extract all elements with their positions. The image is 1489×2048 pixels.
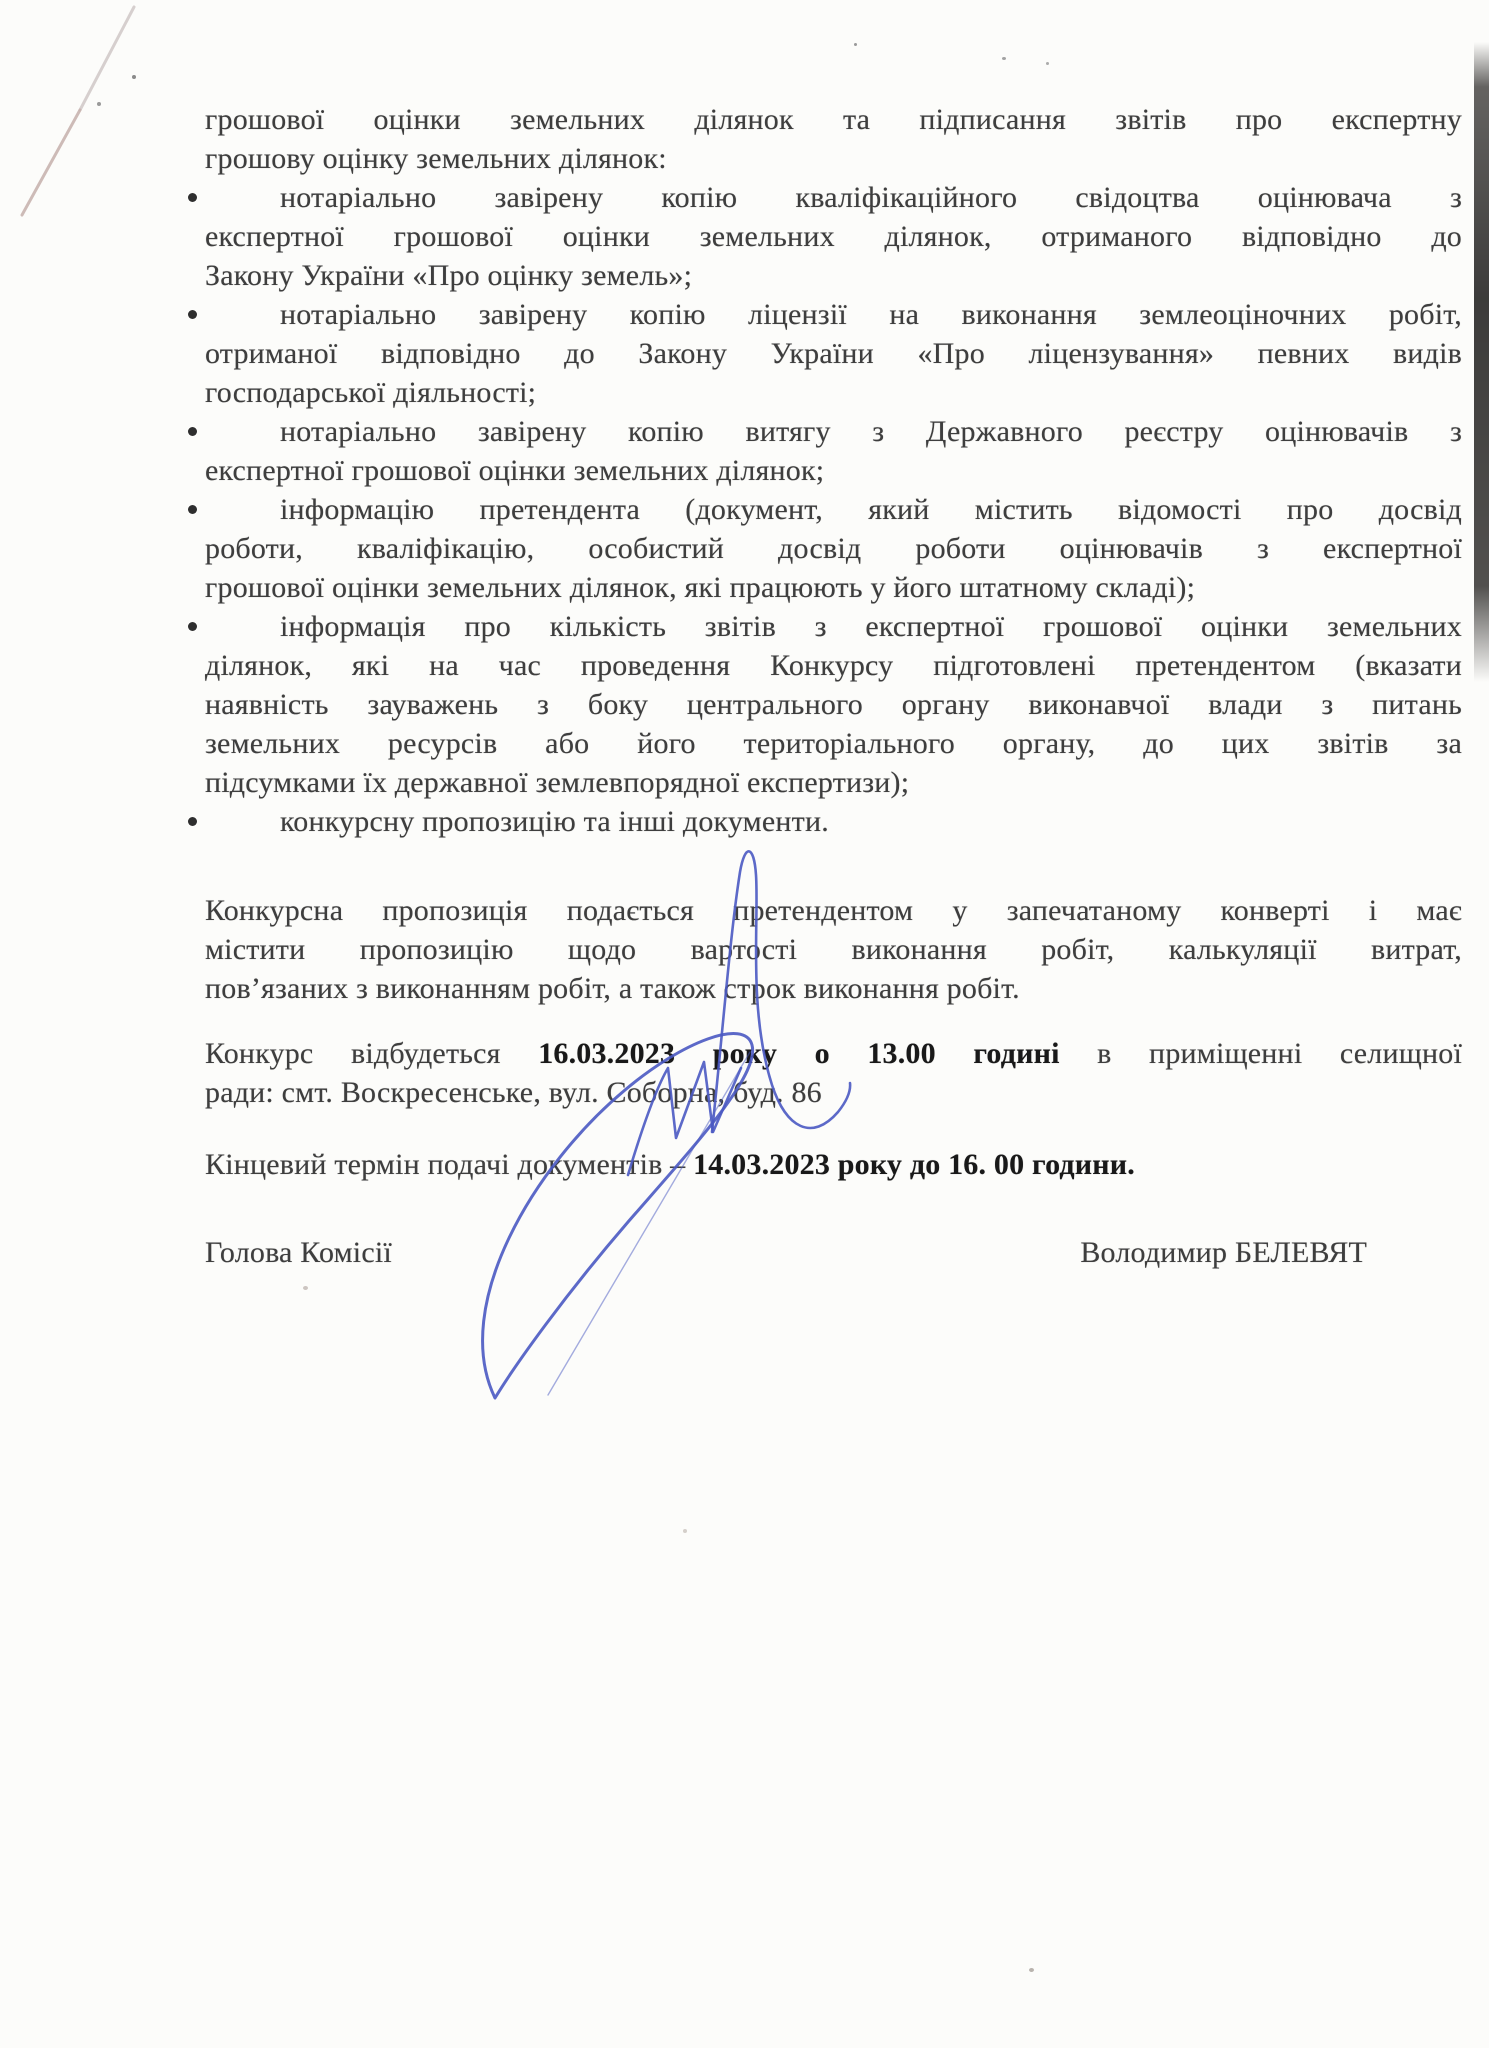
text-line: експертної грошової оцінки земельних діл… [205, 451, 1462, 490]
scan-edge-shadow [1474, 42, 1489, 682]
text-line: роботи, кваліфікацію, особистий досвід р… [205, 529, 1462, 568]
requirements-list: нотаріально завірену копію кваліфікаційн… [205, 178, 1462, 841]
intro-paragraph: грошової оцінки земельних ділянок та під… [205, 100, 1462, 178]
text-line: нотаріально завірену копію кваліфікаційн… [205, 178, 1462, 217]
text-line: пов’язаних з виконанням робіт, а також с… [205, 969, 1462, 1008]
fold-crease-artifact [0, 0, 220, 240]
text-line: підсумками їх державної землевпорядної е… [205, 763, 1462, 802]
text-line: експертної грошової оцінки земельних діл… [205, 217, 1462, 256]
document-page: грошової оцінки земельних ділянок та під… [0, 0, 1489, 2048]
text-line: грошову оцінку земельних ділянок: [205, 139, 1462, 178]
scan-speck [1046, 62, 1049, 65]
text-line: інформація про кількість звітів з експер… [205, 607, 1462, 646]
text-line: отриманої відповідно до Закону України «… [205, 334, 1462, 373]
list-item: нотаріально завірену копію кваліфікаційн… [205, 178, 1462, 295]
scan-speck [97, 102, 101, 106]
list-item: нотаріально завірену копію ліцензії на в… [205, 295, 1462, 412]
scan-speck [132, 75, 136, 79]
text-line: ради: смт. Воскресенське, вул. Соборна, … [205, 1073, 1462, 1112]
text-line: Кінцевий термін подачі документів – 14.0… [205, 1145, 1462, 1184]
list-item: конкурсну пропозицію та інші документи. [205, 802, 1462, 841]
scan-speck [303, 1286, 308, 1290]
text-line: конкурсну пропозицію та інші документи. [205, 802, 1462, 841]
scan-speck [854, 43, 857, 46]
text-line: Конкурсна пропозиція подається претенден… [205, 891, 1462, 930]
text-line: грошової оцінки земельних ділянок та під… [205, 100, 1462, 139]
signature-row: Голова Комісії Володимир БЕЛЕВЯТ [205, 1233, 1462, 1272]
document-body: грошової оцінки земельних ділянок та під… [205, 100, 1462, 1272]
deadline-paragraph: Кінцевий термін подачі документів – 14.0… [205, 1145, 1462, 1184]
text-line: Закону України «Про оцінку земель»; [205, 256, 1462, 295]
scan-speck [1002, 57, 1006, 60]
text-line: нотаріально завірену копію витягу з Держ… [205, 412, 1462, 451]
text-line: Конкурс відбудеться 16.03.2023 року о 13… [205, 1034, 1462, 1073]
text-line: грошової оцінки земельних ділянок, які п… [205, 568, 1462, 607]
text-line: містити пропозицію щодо вартості виконан… [205, 930, 1462, 969]
text-line: інформацію претендента (документ, який м… [205, 490, 1462, 529]
scan-speck [1029, 1968, 1034, 1972]
list-item: нотаріально завірену копію витягу з Держ… [205, 412, 1462, 490]
list-item: інформація про кількість звітів з експер… [205, 607, 1462, 802]
envelope-paragraph: Конкурсна пропозиція подається претенден… [205, 891, 1462, 1008]
event-paragraph: Конкурс відбудеться 16.03.2023 року о 13… [205, 1034, 1462, 1112]
signatory-title: Голова Комісії [205, 1233, 392, 1272]
text-line: нотаріально завірену копію ліцензії на в… [205, 295, 1462, 334]
list-item: інформацію претендента (документ, який м… [205, 490, 1462, 607]
text-line: ділянок, які на час проведення Конкурсу … [205, 646, 1462, 685]
scan-speck [683, 1529, 687, 1533]
text-line: наявність зауважень з боку центрального … [205, 685, 1462, 724]
text-line: господарської діяльності; [205, 373, 1462, 412]
signatory-name: Володимир БЕЛЕВЯТ [1080, 1233, 1367, 1272]
text-line: земельних ресурсів або його територіальн… [205, 724, 1462, 763]
